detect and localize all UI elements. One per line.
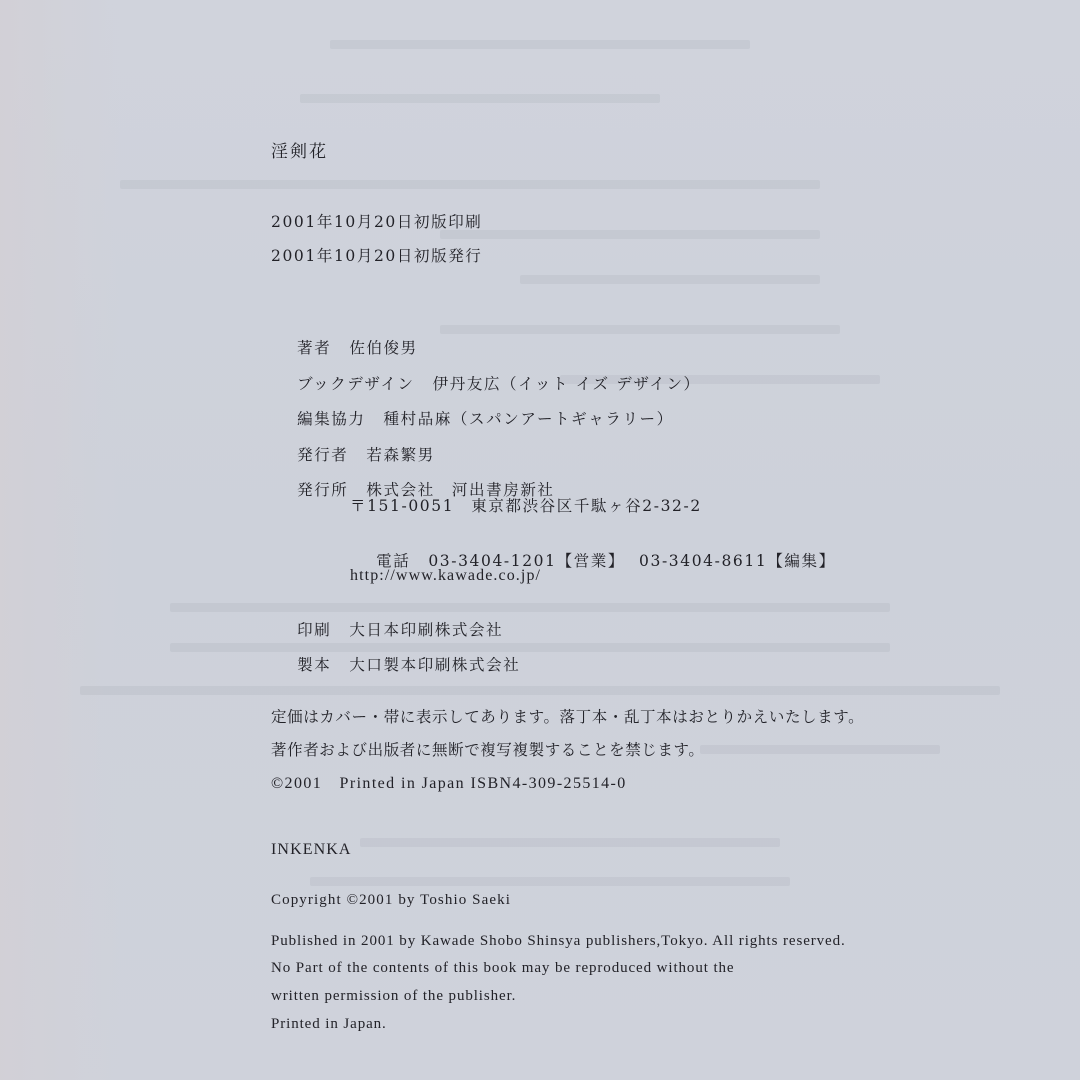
book-title-en: INKENKA <box>271 840 352 860</box>
published-line: Published in 2001 by Kawade Shobo Shinsy… <box>271 931 846 951</box>
show-through-line <box>700 745 940 754</box>
printed-in-japan: Printed in Japan. <box>271 1014 387 1034</box>
show-through-line <box>360 838 780 847</box>
credit-value: 大口製本印刷株式会社 <box>349 656 520 674</box>
copyright-line: Copyright ©2001 by Toshio Saeki <box>271 890 511 910</box>
publisher-url: http://www.kawade.co.jp/ <box>350 566 541 586</box>
phone-editorial-number: 03-3404-8611 <box>639 552 767 570</box>
show-through-line <box>300 94 660 103</box>
publisher-address: 〒151-0051 東京都渋谷区千駄ヶ谷2-32-2 <box>350 496 702 516</box>
colophon-page: 淫剣花 2001年10月20日初版印刷 2001年10月20日初版発行 著者佐伯… <box>0 0 1080 1080</box>
copy-notice: 著作者および出版者に無断で複写複製することを禁じます。 <box>271 740 704 760</box>
credit-label: 発行所 <box>297 480 348 500</box>
show-through-line <box>440 230 820 239</box>
show-through-line <box>80 686 1000 695</box>
print-date: 2001年10月20日初版印刷 <box>271 212 482 232</box>
show-through-line <box>330 40 750 49</box>
isbn-line: ©2001 Printed in Japan ISBN4-309-25514-0 <box>271 774 627 794</box>
book-title-ja: 淫剣花 <box>271 142 328 162</box>
show-through-line <box>440 325 840 334</box>
phone-editorial-tag: 【編集】 <box>767 552 835 570</box>
price-notice: 定価はカバー・帯に表示してあります。落丁本・乱丁本はおとりかえいたします。 <box>271 707 864 727</box>
reproduction-line-2: written permission of the publisher. <box>271 986 516 1006</box>
reproduction-line-1: No Part of the contents of this book may… <box>271 958 734 978</box>
show-through-line <box>120 180 820 189</box>
publish-date: 2001年10月20日初版発行 <box>271 246 482 266</box>
show-through-line <box>310 877 790 886</box>
show-through-line <box>520 275 820 284</box>
credit-label: 製本 <box>297 655 331 675</box>
phone-sales-tag: 【営業】 <box>557 552 625 570</box>
credit-binding: 製本大口製本印刷株式会社 <box>271 635 520 695</box>
